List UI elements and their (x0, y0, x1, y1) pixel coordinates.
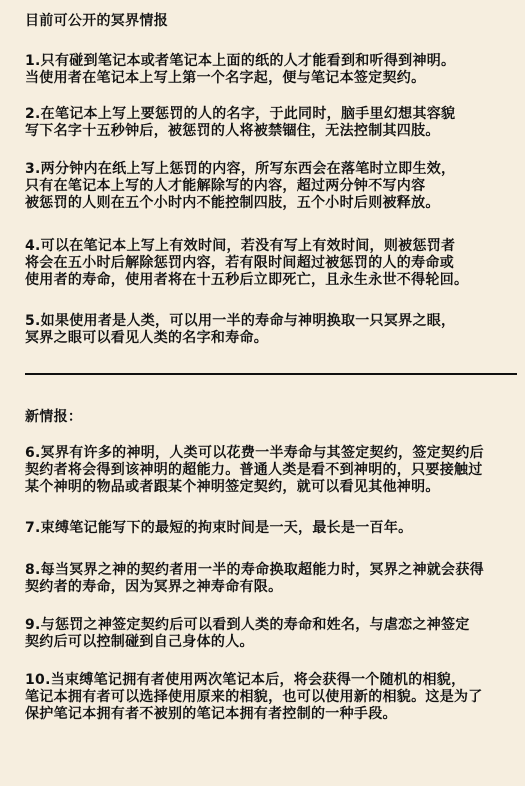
paragraph-line: 某个神明的物品或者跟某个神明签定契约，就可以看见其他神明。 (25, 479, 440, 496)
paragraph-line: 写下名字十五秒钟后，被惩罚的人将被禁锢住，无法控制其四肢。 (25, 123, 440, 140)
paragraph-line: 笔记本拥有者可以选择使用原来的相貌，也可以使用新的相貌。这是为了 (25, 689, 483, 706)
paragraph-line: 被惩罚的人则在五个小时内不能控制四肢，五个小时后则被释放。 (25, 195, 440, 212)
document-page: 目前可公开的冥界情报 1.只有碰到笔记本或者笔记本上面的纸的人才能看到和听得到神… (0, 0, 525, 786)
paragraph-line: 契约者的寿命，因为冥界之神寿命有限。 (25, 579, 282, 596)
paragraph-line: 9.与惩罚之神签定契约后可以看到人类的寿命和姓名，与虐恋之神签定 (25, 617, 470, 634)
paragraph-line: 使用者的寿命，使用者将在十五秒后立即死亡，且永生永世不得轮回。 (25, 272, 468, 289)
paragraph-line: 冥界之眼可以看见人类的名字和寿命。 (25, 330, 268, 347)
paragraph-line: 契约者将会得到该神明的超能力。普通人类是看不到神明的，只要接触过 (25, 462, 483, 479)
paragraph-line: 契约后可以控制碰到自己身体的人。 (25, 634, 254, 651)
paragraph-line: 5.如果使用者是人类，可以用一半的寿命与神明换取一只冥界之眼， (25, 313, 455, 330)
paragraph-line: 当使用者在笔记本上写上第一个名字起，便与笔记本签定契约。 (25, 70, 425, 87)
paragraph-line: 保护笔记本拥有者不被别的笔记本拥有者控制的一种手段。 (25, 706, 397, 723)
new-info-heading: 新情报： (25, 409, 82, 426)
paragraph-line: 3.两分钟内在纸上写上惩罚的内容，所写东西会在落笔时立即生效， (25, 161, 455, 178)
paragraph-line: 2.在笔记本上写上要惩罚的人的名字，于此同时，脑手里幻想其容貌 (25, 106, 455, 123)
paragraph-line: 10.当束缚笔记拥有者使用两次笔记本后，将会获得一个随机的相貌， (25, 672, 465, 689)
paragraph-line: 8.每当冥界之神的契约者用一半的寿命换取超能力时，冥界之神就会获得 (25, 562, 484, 579)
paragraph-line: 只有在笔记本上写的人才能解除写的内容，超过两分钟不写内容 (25, 178, 425, 195)
paragraph-line: 4.可以在笔记本上写上有效时间，若没有写上有效时间，则被惩罚者 (25, 238, 455, 255)
paragraph-line: 将会在五小时后解除惩罚内容，若有限时间超过被惩罚的人的寿命或 (25, 255, 454, 272)
section-divider (25, 373, 517, 375)
paragraph-line: 1.只有碰到笔记本或者笔记本上面的纸的人才能看到和听得到神明。 (25, 53, 455, 70)
paragraph-line: 6.冥界有许多的神明，人类可以花费一半寿命与其签定契约，签定契约后 (25, 445, 484, 462)
paragraph-line: 7.束缚笔记能写下的最短的拘束时间是一天，最长是一百年。 (25, 520, 412, 537)
document-title: 目前可公开的冥界情报 (25, 13, 168, 30)
